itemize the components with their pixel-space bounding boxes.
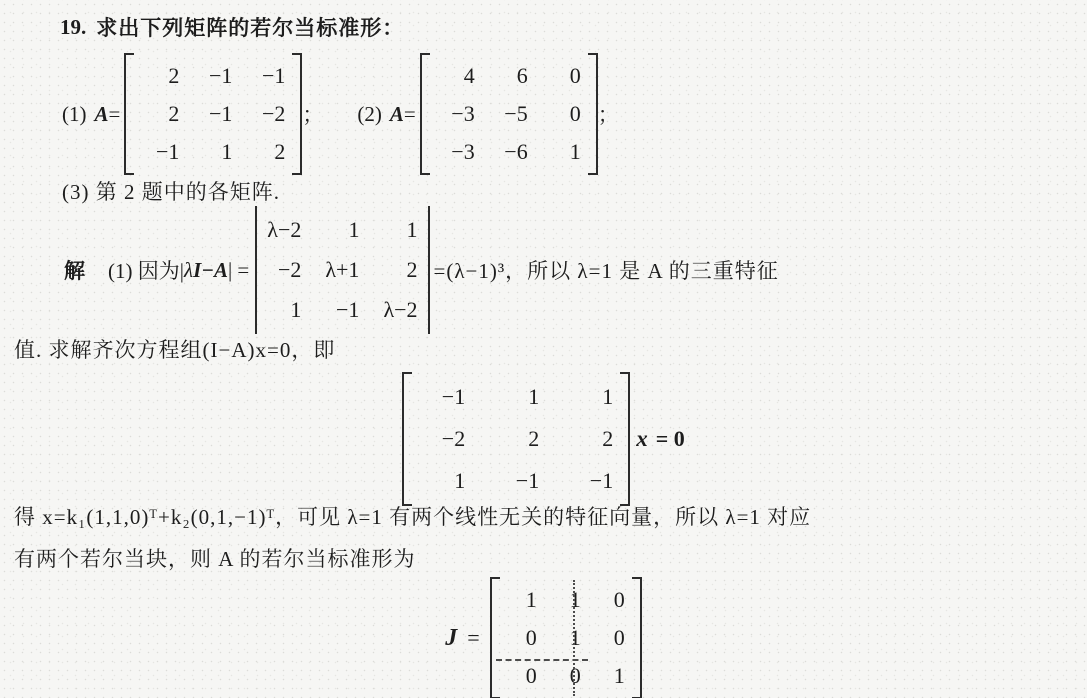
solve-label: 解 <box>64 255 86 285</box>
matrix-cell: −1 <box>325 290 359 330</box>
identity-minus-A: I−A <box>193 258 228 283</box>
matrix-cell: −1 <box>567 461 613 501</box>
matrix-cell: −2 <box>267 250 301 290</box>
matrix-cell: 0 <box>507 657 537 695</box>
solution-step1-row: 解 (1) 因为| λ I−A | = λ−211−2λ+121−1λ−2 =(… <box>64 206 779 334</box>
matrix-cell: 0 <box>551 657 581 695</box>
equals-2: = <box>404 102 416 127</box>
matrix-cell: −1 <box>419 377 465 417</box>
matrix-cell: 1 <box>595 657 625 695</box>
problem-statement: 求出下列矩阵的若尔当标准形： <box>96 12 404 42</box>
bar-equals: | = <box>228 258 249 283</box>
jordan-equals: = <box>467 625 479 651</box>
matrix-cell: −1 <box>194 94 232 134</box>
matrix-cell: −3 <box>437 94 475 134</box>
bracket-left-icon <box>124 53 134 175</box>
jordan-partition-vertical-line <box>573 580 575 696</box>
matrix-cell: 1 <box>383 210 417 250</box>
matrix-cell: 2 <box>141 56 179 96</box>
jordan-matrix: 110010001 <box>490 577 642 698</box>
matrix-cell: 1 <box>419 461 465 501</box>
item3-text: (3) 第 2 题中的各矩阵. <box>62 176 280 206</box>
problem-matrices-row: (1) A = 2−1−12−1−2−112 ； (2) A = 460−3−5… <box>62 50 619 178</box>
span-line-text: 得 x=k₁(1,1,0)ᵀ+k₂(0,1,−1)ᵀ，可见 λ=1 有两个线性无… <box>14 501 1078 531</box>
bracket-left-icon <box>420 53 430 175</box>
matrix-cell: −6 <box>490 132 528 172</box>
bracket-left-icon <box>402 372 412 506</box>
matrix-cell: 0 <box>595 619 625 657</box>
det-result-text: =(λ−1)³，所以 λ=1 是 A 的三重特征 <box>434 255 779 285</box>
matrix-cell: 1 <box>194 132 232 172</box>
matrix-cell: −1 <box>141 132 179 172</box>
bracket-right-icon <box>292 53 302 175</box>
char-determinant: λ−211−2λ+121−1λ−2 <box>255 206 429 334</box>
matrix-cell: λ+1 <box>325 250 359 290</box>
matrix-cell: 1 <box>493 377 539 417</box>
blocks-line-text: 有两个若尔当块，则 A 的若尔当标准形为 <box>14 543 416 573</box>
matrix-a1: 2−1−12−1−2−112 <box>124 53 302 175</box>
jordan-equation: J = 110010001 <box>0 578 1087 698</box>
matrix-cell: −1 <box>194 56 232 96</box>
matrix-cell: 1 <box>325 210 359 250</box>
matrix-cell: −5 <box>490 94 528 134</box>
matrix-cell: −1 <box>247 56 285 96</box>
matrix-cell: 6 <box>490 56 528 96</box>
matrix-a2: 460−3−50−3−61 <box>420 53 598 175</box>
matrix-cell: −3 <box>437 132 475 172</box>
matrix-cell: 4 <box>437 56 475 96</box>
matrix-cell: 1 <box>543 132 581 172</box>
matrix-cell: 0 <box>543 94 581 134</box>
item1-label: (1) <box>62 102 87 127</box>
matrix-cell: 0 <box>595 581 625 619</box>
matrix-cell: 1 <box>551 619 581 657</box>
matrix-cell: −1 <box>493 461 539 501</box>
semicolon-2: ； <box>598 99 619 129</box>
bracket-left-icon <box>490 577 500 698</box>
semicolon-1: ； <box>302 99 323 129</box>
equals-1: = <box>109 102 121 127</box>
matrix-cell: 1 <box>551 581 581 619</box>
matrix-cell: 0 <box>543 56 581 96</box>
det-bar-right-icon <box>428 206 430 334</box>
matrix-cell: 1 <box>567 377 613 417</box>
var-A-2: A <box>390 102 404 127</box>
problem-header: 19. 求出下列矩阵的若尔当标准形： <box>60 12 404 42</box>
matrix-cell: 0 <box>507 619 537 657</box>
matrix-cell: 2 <box>493 419 539 459</box>
matrix-cell: λ−2 <box>267 210 301 250</box>
equals-zero: = 0 <box>656 426 685 452</box>
var-J: J <box>445 625 457 652</box>
textbook-page: 19. 求出下列矩阵的若尔当标准形： (1) A = 2−1−12−1−2−11… <box>0 0 1087 698</box>
coeff-equation: −111−2221−1−1 x = 0 <box>0 372 1087 506</box>
matrix-cell: 1 <box>267 290 301 330</box>
matrix-cell: −2 <box>247 94 285 134</box>
jordan-partition-horizontal-line <box>496 659 588 661</box>
bracket-right-icon <box>632 577 642 698</box>
step1-prefix: (1) 因为| <box>108 255 184 285</box>
problem-number: 19. <box>60 15 86 40</box>
var-A-1: A <box>95 102 109 127</box>
bracket-right-icon <box>588 53 598 175</box>
vector-x: x <box>636 426 648 452</box>
lambda-symbol: λ <box>184 258 193 283</box>
matrix-cell: 1 <box>507 581 537 619</box>
matrix-cell: 2 <box>247 132 285 172</box>
matrix-cell: 2 <box>567 419 613 459</box>
matrix-cell: 2 <box>141 94 179 134</box>
coeff-matrix: −111−2221−1−1 <box>402 372 630 506</box>
item2-label: (2) <box>357 102 382 127</box>
matrix-cell: λ−2 <box>383 290 417 330</box>
solve-line-text: 值. 求解齐次方程组(I−A)x=0，即 <box>14 334 335 364</box>
matrix-cell: −2 <box>419 419 465 459</box>
bracket-right-icon <box>620 372 630 506</box>
matrix-cell: 2 <box>383 250 417 290</box>
